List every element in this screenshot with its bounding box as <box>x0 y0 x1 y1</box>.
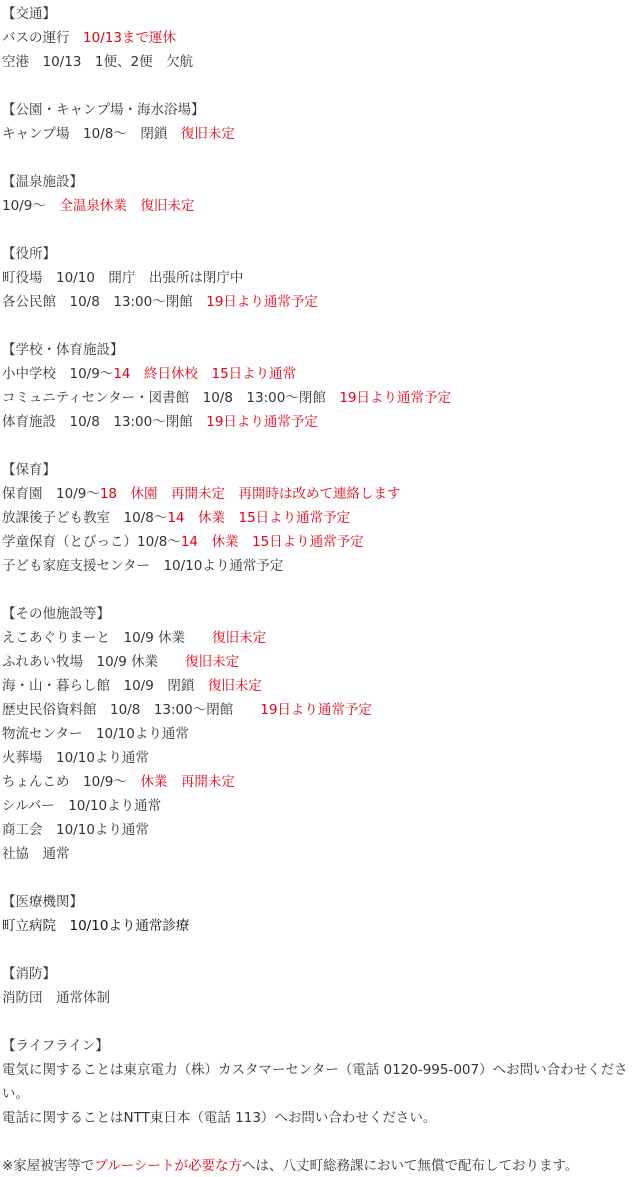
status-line: 放課後子ども教室 10/8〜14 休業 15日より通常予定 <box>2 506 639 530</box>
section-heading: 【役所】 <box>2 242 639 266</box>
text-segment: キャンプ場 10/8〜 閉鎖 <box>2 126 181 142</box>
status-line: 子ども家庭支援センター 10/10より通常予定 <box>2 554 639 578</box>
text-segment: 商工会 10/10より通常 <box>2 822 149 838</box>
status-highlight: 14 休業 15日より通常予定 <box>181 534 364 550</box>
section: 【役所】町役場 10/10 開庁 出張所は閉庁中各公民館 10/8 13:00〜… <box>2 242 639 314</box>
status-line: バスの運行 10/13まで運休 <box>2 26 639 50</box>
status-highlight: 復旧未定 <box>212 630 266 646</box>
status-line: 電気に関することは東京電力（株）カスタマーセンター（電話 0120-995-00… <box>2 1058 632 1106</box>
status-line: 10/9〜 全温泉休業 復旧未定 <box>2 194 639 218</box>
section-heading: 【医療機関】 <box>2 890 639 914</box>
status-highlight: 19日より通常予定 <box>206 294 318 310</box>
status-highlight: 復旧未定 <box>181 126 235 142</box>
text-segment: 物流センター 10/10より通常 <box>2 726 189 742</box>
section: 【保育】保育園 10/9〜18 休園 再開未定 再開時は改めて連絡します放課後子… <box>2 458 639 578</box>
text-segment: 子ども家庭支援センター 10/10より通常予定 <box>2 558 283 574</box>
text-segment: 社協 通常 <box>2 846 70 862</box>
text-segment: ふれあい牧場 10/9 休業 <box>2 654 185 670</box>
section: 【消防】消防団 通常体制 <box>2 962 639 1010</box>
status-line: 火葬場 10/10より通常 <box>2 746 639 770</box>
section-heading: 【温泉施設】 <box>2 170 639 194</box>
status-highlight: 復旧未定 <box>185 654 239 670</box>
text-segment: 空港 10/13 1便、2便 欠航 <box>2 54 193 70</box>
spacer <box>2 938 639 962</box>
text-segment: 学童保育（とびっこ）10/8〜 <box>2 534 181 550</box>
status-line: ちょんこめ 10/9〜 休業 再開未定 <box>2 770 639 794</box>
status-line: 学童保育（とびっこ）10/8〜14 休業 15日より通常予定 <box>2 530 639 554</box>
spacer <box>2 218 639 242</box>
section-heading: 【公園・キャンプ場・海水浴場】 <box>2 98 639 122</box>
status-line: ふれあい牧場 10/9 休業 復旧未定 <box>2 650 639 674</box>
text-segment: 小中学校 10/9〜 <box>2 366 113 382</box>
spacer <box>2 314 639 338</box>
status-line: シルバー 10/10より通常 <box>2 794 639 818</box>
status-line: 電話に関することはNTT東日本（電話 113）へお問い合わせください。 <box>2 1106 639 1130</box>
status-line: 小中学校 10/9〜14 終日休校 15日より通常 <box>2 362 639 386</box>
text-segment: シルバー 10/10より通常 <box>2 798 161 814</box>
section: 【温泉施設】10/9〜 全温泉休業 復旧未定 <box>2 170 639 218</box>
status-line: 商工会 10/10より通常 <box>2 818 639 842</box>
spacer <box>2 578 639 602</box>
status-highlight: 全温泉休業 復旧未定 <box>59 198 194 214</box>
status-highlight: 14 終日休校 15日より通常 <box>113 366 296 382</box>
section: 【公園・キャンプ場・海水浴場】キャンプ場 10/8〜 閉鎖 復旧未定 <box>2 98 639 146</box>
spacer <box>2 74 639 98</box>
text-segment: 体育施設 10/8 13:00〜閉館 <box>2 414 206 430</box>
text-segment: 海・山・暮らし館 10/9 閉鎖 <box>2 678 208 694</box>
status-line: 歴史民俗資料館 10/8 13:00〜閉館 19日より通常予定 <box>2 698 639 722</box>
text-segment: 10/9〜 <box>2 198 59 214</box>
status-line: 保育園 10/9〜18 休園 再開未定 再開時は改めて連絡します <box>2 482 639 506</box>
status-line: 社協 通常 <box>2 842 639 866</box>
spacer <box>2 146 639 170</box>
text-segment: ちょんこめ 10/9〜 <box>2 774 140 790</box>
text-segment: 消防団 通常体制 <box>2 990 110 1006</box>
section: 【交通】バスの運行 10/13まで運休空港 10/13 1便、2便 欠航 <box>2 2 639 74</box>
text-segment: 町立病院 10/10より通常診療 <box>2 918 189 934</box>
spacer <box>2 866 639 890</box>
section-heading: 【ライフライン】 <box>2 1034 639 1058</box>
section: 【その他施設等】えこあぐりまーと 10/9 休業 復旧未定ふれあい牧場 10/9… <box>2 602 639 866</box>
footer-note: ※家屋被害等でブルーシートが必要な方へは、八丈町総務課において無償で配布しており… <box>2 1154 639 1177</box>
status-line: 物流センター 10/10より通常 <box>2 722 639 746</box>
text-segment: 火葬場 10/10より通常 <box>2 750 149 766</box>
section-heading: 【その他施設等】 <box>2 602 639 626</box>
text-segment: ※家屋被害等で <box>2 1158 94 1174</box>
text-segment: 歴史民俗資料館 10/8 13:00〜閉館 <box>2 702 260 718</box>
text-segment: えこあぐりまーと 10/9 休業 <box>2 630 212 646</box>
section: 【ライフライン】電気に関することは東京電力（株）カスタマーセンター（電話 012… <box>2 1034 639 1130</box>
disaster-status-document: 【交通】バスの運行 10/13まで運休空港 10/13 1便、2便 欠航【公園・… <box>0 0 639 1177</box>
status-line: えこあぐりまーと 10/9 休業 復旧未定 <box>2 626 639 650</box>
section-heading: 【交通】 <box>2 2 639 26</box>
section-heading: 【学校・体育施設】 <box>2 338 639 362</box>
status-highlight: 休業 再開未定 <box>140 774 235 790</box>
status-highlight: 10/13まで運休 <box>83 30 176 46</box>
text-segment: へは、八丈町総務課において無償で配布しております。 <box>242 1158 578 1174</box>
status-highlight: 14 休業 15日より通常予定 <box>167 510 350 526</box>
status-line: コミュニティセンター・図書館 10/8 13:00〜閉館 19日より通常予定 <box>2 386 639 410</box>
status-highlight: 19日より通常予定 <box>260 702 372 718</box>
text-segment: 保育園 10/9〜 <box>2 486 100 502</box>
status-highlight: 19日より通常予定 <box>339 390 451 406</box>
status-line: 町立病院 10/10より通常診療 <box>2 914 639 938</box>
text-segment: 町役場 10/10 開庁 出張所は閉庁中 <box>2 270 243 286</box>
status-highlight: 復旧未定 <box>208 678 262 694</box>
status-highlight: 19日より通常予定 <box>206 414 318 430</box>
status-highlight: 18 休園 再開未定 再開時は改めて連絡します <box>100 486 401 502</box>
text-segment: 電気に関することは東京電力（株）カスタマーセンター（電話 0120-995-00… <box>2 1062 628 1102</box>
status-line: 体育施設 10/8 13:00〜閉館 19日より通常予定 <box>2 410 639 434</box>
text-segment: コミュニティセンター・図書館 10/8 13:00〜閉館 <box>2 390 339 406</box>
status-line: 町役場 10/10 開庁 出張所は閉庁中 <box>2 266 639 290</box>
section: 【学校・体育施設】小中学校 10/9〜14 終日休校 15日より通常コミュニティ… <box>2 338 639 434</box>
spacer <box>2 434 639 458</box>
text-segment: 各公民館 10/8 13:00〜閉館 <box>2 294 206 310</box>
text-segment: バスの運行 <box>2 30 83 46</box>
section-heading: 【保育】 <box>2 458 639 482</box>
section-heading: 【消防】 <box>2 962 639 986</box>
status-line: 消防団 通常体制 <box>2 986 639 1010</box>
spacer <box>2 1130 639 1154</box>
status-highlight: ブルーシートが必要な方 <box>94 1158 242 1174</box>
spacer <box>2 1010 639 1034</box>
status-line: 空港 10/13 1便、2便 欠航 <box>2 50 639 74</box>
status-line: 各公民館 10/8 13:00〜閉館 19日より通常予定 <box>2 290 639 314</box>
status-line: 海・山・暮らし館 10/9 閉鎖 復旧未定 <box>2 674 639 698</box>
section: 【医療機関】町立病院 10/10より通常診療 <box>2 890 639 938</box>
text-segment: 電話に関することはNTT東日本（電話 113）へお問い合わせください。 <box>2 1110 436 1126</box>
text-segment: 放課後子ども教室 10/8〜 <box>2 510 167 526</box>
status-line: キャンプ場 10/8〜 閉鎖 復旧未定 <box>2 122 639 146</box>
